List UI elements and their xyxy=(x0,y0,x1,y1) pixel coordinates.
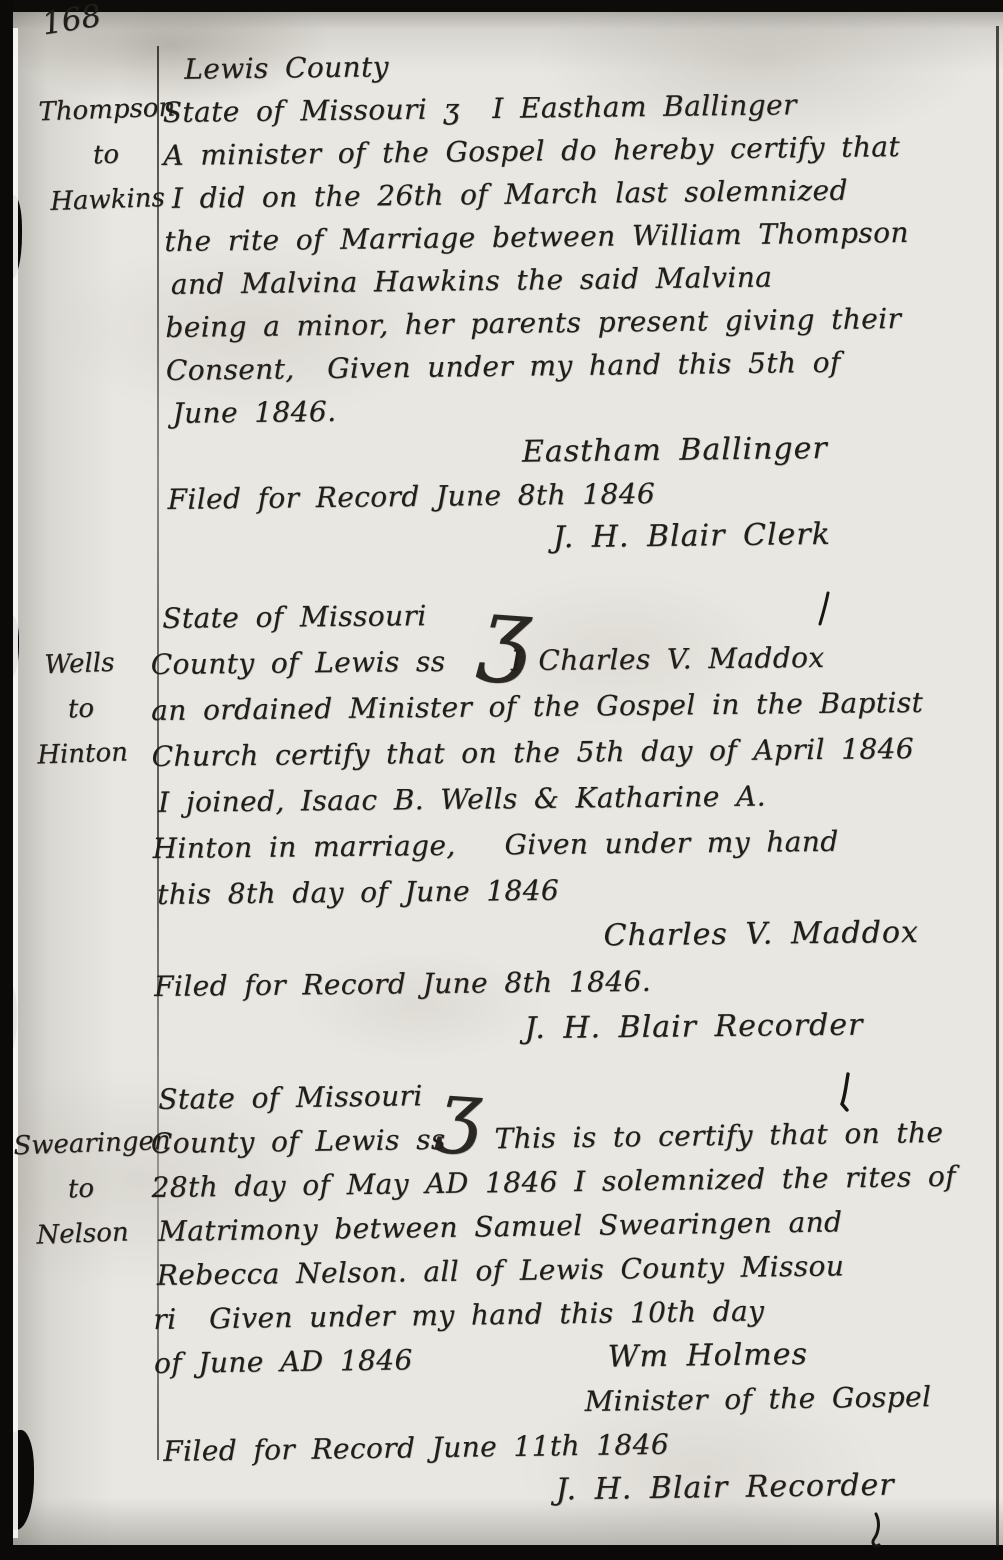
ink-flick-mark xyxy=(815,590,831,628)
margin-party1: Swearingen xyxy=(13,1120,146,1170)
margin-party2: Hinton xyxy=(16,730,149,780)
margin-connector: to xyxy=(14,685,147,735)
binding-ink-blob xyxy=(0,195,22,280)
margin-label-wells-hinton: Wells to Hinton xyxy=(13,640,150,780)
clerk-signature: J. H. Blair Recorder xyxy=(154,1001,976,1056)
ink-flick-mark xyxy=(868,1512,886,1552)
record-entry-thompson-hawkins: Lewis County State of Missouri ʒ I Easth… xyxy=(162,38,978,564)
scan-bottom-edge xyxy=(0,1545,1003,1560)
record-entry-wells-hinton: State of Missouri County of Lewis ss I C… xyxy=(150,587,977,1056)
record-entry-swearingen-nelson: State of Missouri County of Lewis ss Thi… xyxy=(150,1067,978,1518)
margin-connector: to xyxy=(14,1165,147,1215)
scan-top-edge xyxy=(0,0,1003,12)
entry-body-line-text: of June AD 1846 xyxy=(154,1343,413,1380)
margin-party2: Nelson xyxy=(16,1210,149,1260)
page-number: 168 xyxy=(40,0,104,42)
entry-body-line: Church certify that on the 5th day of Ap… xyxy=(151,725,973,780)
margin-connector: to xyxy=(39,131,172,181)
minister-signature: Charles V. Maddox xyxy=(153,909,975,964)
scanned-marriage-record-page: 168 Thompson to Hawkins Lewis County Sta… xyxy=(0,0,1003,1560)
margin-label-thompson-hawkins: Thompson to Hawkins xyxy=(38,86,175,226)
margin-label-swearingen-nelson: Swearingen to Nelson xyxy=(13,1120,150,1260)
margin-party1: Wells xyxy=(13,640,146,690)
margin-party1: Thompson xyxy=(38,86,171,136)
page-right-edge-line xyxy=(996,26,999,1546)
margin-party2: Hawkins xyxy=(41,176,174,226)
page-edge-highlight xyxy=(13,28,18,1538)
minister-signature: Wm Holmes xyxy=(607,1337,808,1375)
ink-flick-mark xyxy=(836,1072,854,1114)
